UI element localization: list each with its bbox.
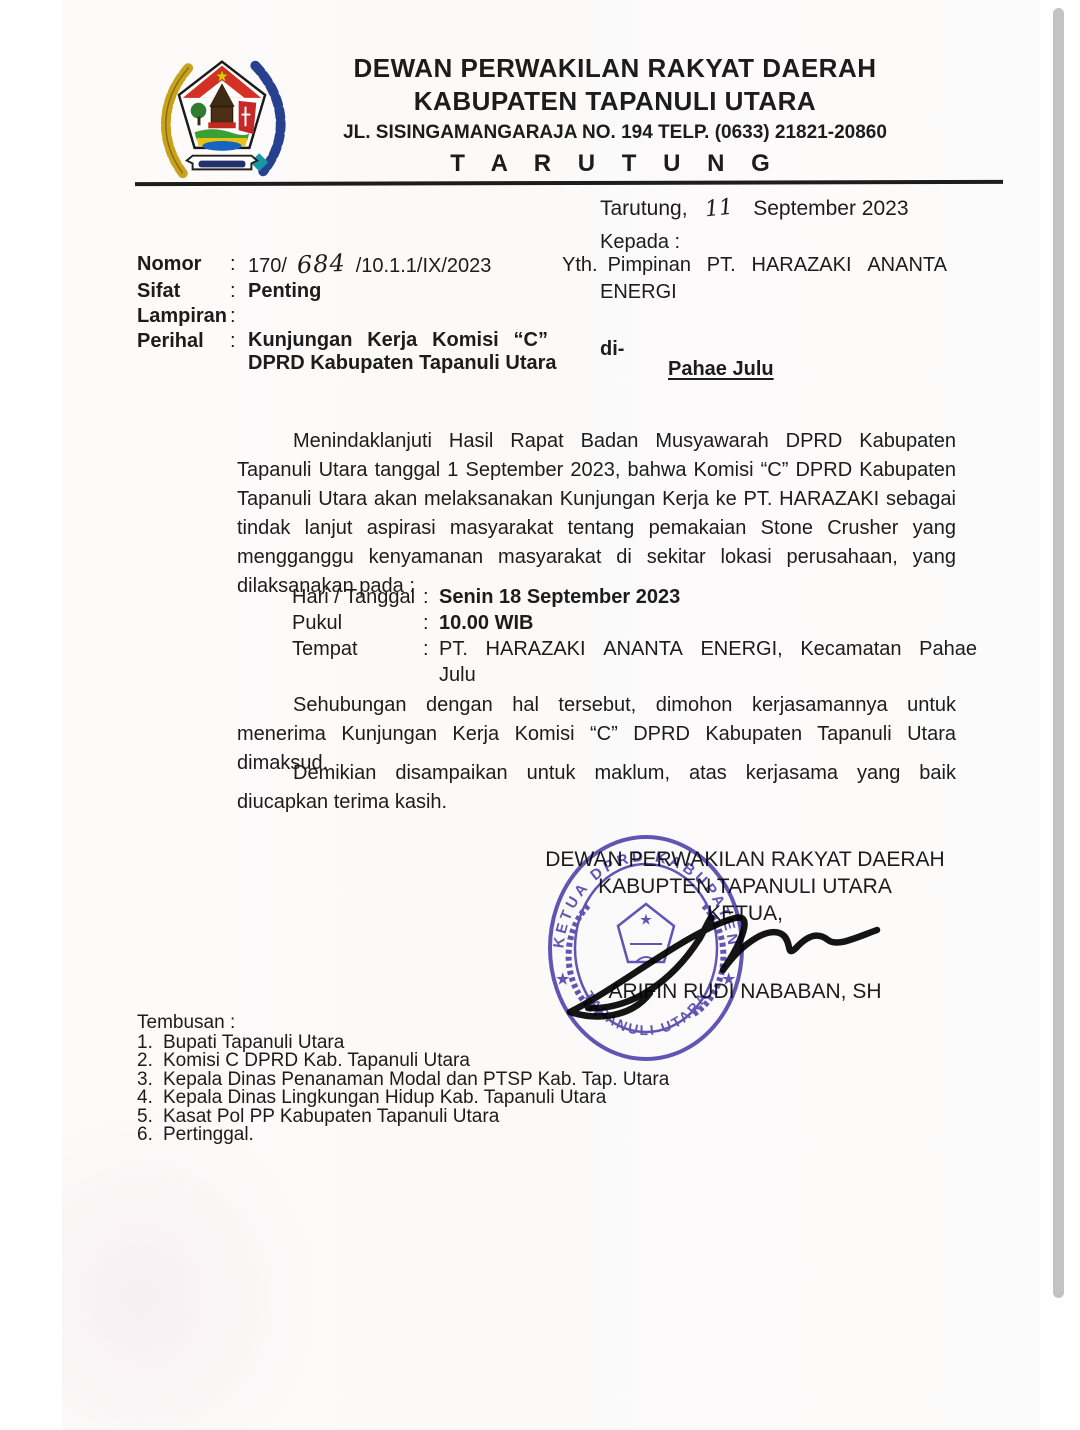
recipient-word: PT. xyxy=(707,254,736,277)
scrollbar[interactable] xyxy=(1053,8,1064,1298)
lampiran-colon: : xyxy=(230,304,248,329)
tempat-word: Kecamatan xyxy=(800,636,901,662)
crest-tree xyxy=(191,103,207,119)
recipient-line1: Yth. Pimpinan PT. HARAZAKI ANANTA xyxy=(562,254,947,277)
recipient-word: HARAZAKI xyxy=(752,254,852,277)
tembusan-item-text: Pertinggal. xyxy=(163,1126,254,1144)
tempat-word: PT. xyxy=(439,636,468,662)
hari-value: Senin 18 September 2023 xyxy=(439,584,680,610)
meta-row-nomor: Nomor : 170/684/10.1.1/IX/2023 xyxy=(137,252,548,279)
letterhead-address: JL. SISINGAMANGARAJA NO. 194 TELP. (0633… xyxy=(290,120,940,146)
tembusan-item: 4. Kepala Dinas Lingkungan Hidup Kab. Ta… xyxy=(137,1089,669,1107)
tempat-word: ENERGI, xyxy=(700,636,782,662)
body-paragraph-3: Demikian disampaikan untuk maklum, atas … xyxy=(237,759,956,817)
crest-lake xyxy=(202,141,241,151)
signature-ink xyxy=(540,890,890,1025)
nomor-value: 170/684/10.1.1/IX/2023 xyxy=(248,252,491,279)
crest-house-base xyxy=(208,122,235,128)
tempat-word: HARAZAKI xyxy=(486,636,586,662)
letterhead-org-line2: KABUPATEN TAPANULI UTARA xyxy=(290,85,940,117)
lampiran-label: Lampiran xyxy=(137,304,230,329)
tempat-line2: Julu xyxy=(439,662,977,688)
tempat-word: Pahae xyxy=(919,636,977,662)
letterhead-city: T A R U T U N G xyxy=(290,150,940,178)
perihal-colon: : xyxy=(230,329,248,375)
perihal-word: “C” xyxy=(514,329,548,352)
hari-label: Hari / Tanggal xyxy=(292,584,423,610)
date-place: Tarutung, xyxy=(600,197,688,220)
meta-row-lampiran: Lampiran : xyxy=(137,304,548,329)
regional-crest-logo: ★ xyxy=(143,46,301,188)
scan-smudge xyxy=(62,1100,322,1430)
perihal-word: Komisi xyxy=(432,329,499,352)
tempat-label: Tempat xyxy=(292,636,423,688)
tembusan-item-number: 4. xyxy=(137,1089,163,1107)
body-paragraph-1: Menindaklanjuti Hasil Rapat Badan Musyaw… xyxy=(237,427,956,601)
nomor-colon: : xyxy=(230,252,248,279)
detail-row-tempat: Tempat : PT. HARAZAKI ANANTA ENERGI, Kec… xyxy=(292,636,977,688)
crest-flag xyxy=(239,101,257,134)
event-details: Hari / Tanggal : Senin 18 September 2023… xyxy=(292,584,977,688)
pukul-colon: : xyxy=(423,610,439,636)
perihal-line2: DPRD Kabupaten Tapanuli Utara xyxy=(248,352,548,375)
letterhead-org-line1: DEWAN PERWAKILAN RAKYAT DAERAH xyxy=(290,52,940,85)
recipient-line2: ENERGI xyxy=(600,281,677,304)
signature-stroke-main xyxy=(570,917,877,1012)
detail-row-hari: Hari / Tanggal : Senin 18 September 2023 xyxy=(292,584,977,610)
sifat-value: Penting xyxy=(248,279,321,304)
document-viewer: ★ DEWAN PERWAKILAN RAKYAT DAERAH KABUPAT… xyxy=(0,0,1080,1430)
nomor-pre: 170/ xyxy=(248,255,287,277)
hari-colon: : xyxy=(423,584,439,610)
detail-row-pukul: Pukul : 10.00 WIB xyxy=(292,610,977,636)
letterhead: DEWAN PERWAKILAN RAKYAT DAERAH KABUPATEN… xyxy=(290,52,940,178)
recipient-place: Pahae Julu xyxy=(668,358,774,381)
date-line: Tarutung, 11 September 2023 xyxy=(600,196,909,221)
tembusan-item: 6. Pertinggal. xyxy=(137,1126,669,1144)
tempat-word: ANANTA xyxy=(603,636,683,662)
tembusan-item-number: 6. xyxy=(137,1126,163,1144)
recipient-di: di- xyxy=(600,338,624,361)
recipient-word: ANANTA xyxy=(867,254,947,277)
sifat-colon: : xyxy=(230,279,248,304)
nomor-handwritten: 684 xyxy=(296,251,346,279)
recipient-word: Pimpinan xyxy=(608,254,691,277)
date-month-year: September 2023 xyxy=(753,197,908,220)
perihal-line1: Kunjungan Kerja Komisi “C” xyxy=(248,329,548,352)
letter-meta: Nomor : 170/684/10.1.1/IX/2023 Sifat : P… xyxy=(137,252,548,375)
tembusan-item-text: Kepala Dinas Lingkungan Hidup Kab. Tapan… xyxy=(163,1089,606,1107)
tempat-value: PT. HARAZAKI ANANTA ENERGI, Kecamatan Pa… xyxy=(439,636,977,688)
pukul-value: 10.00 WIB xyxy=(439,610,533,636)
tempat-line1: PT. HARAZAKI ANANTA ENERGI, Kecamatan Pa… xyxy=(439,636,977,662)
date-day-handwritten: 11 xyxy=(704,195,734,223)
nomor-post: /10.1.1/IX/2023 xyxy=(356,255,492,277)
pukul-label: Pukul xyxy=(292,610,423,636)
recipient-line1-words: Pimpinan PT. HARAZAKI ANANTA xyxy=(608,254,947,277)
meta-row-perihal: Perihal : Kunjungan Kerja Komisi “C” DPR… xyxy=(137,329,548,375)
recipient-yth: Yth. xyxy=(562,254,598,277)
crest-tree-trunk xyxy=(198,117,201,126)
nomor-label: Nomor xyxy=(137,252,230,279)
crest-ribbon-text xyxy=(198,161,245,168)
tempat-colon: : xyxy=(423,636,439,688)
perihal-word: Kerja xyxy=(367,329,417,352)
perihal-value: Kunjungan Kerja Komisi “C” DPRD Kabupate… xyxy=(248,329,548,375)
crest-house-body xyxy=(211,107,233,124)
recipient-kepada: Kepada : xyxy=(600,231,680,254)
sifat-label: Sifat xyxy=(137,279,230,304)
perihal-word: Kunjungan xyxy=(248,329,352,352)
meta-row-sifat: Sifat : Penting xyxy=(137,279,548,304)
perihal-label: Perihal xyxy=(137,329,230,375)
